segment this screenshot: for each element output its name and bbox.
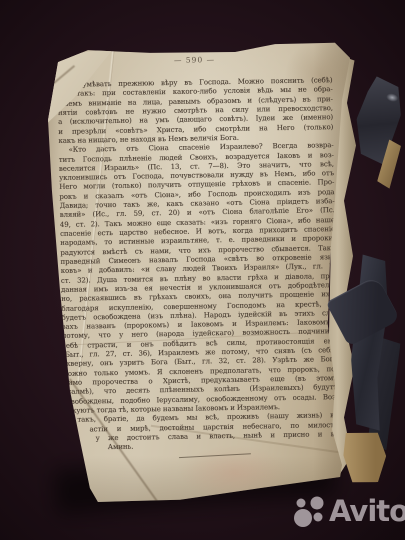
avito-dots-icon — [293, 494, 327, 528]
page-text-lines: подразумѣвать прежнюю вѣру въ Господа. М… — [57, 76, 338, 453]
avito-watermark-label: Avito — [329, 494, 405, 528]
end-rule — [179, 453, 251, 458]
listing-photo: — 590 — подразумѣвать прежнюю вѣру въ Го… — [0, 0, 405, 540]
page-content: — 590 — подразумѣвать прежнюю вѣру въ Го… — [30, 35, 339, 459]
avito-watermark: Avito — [293, 494, 405, 528]
